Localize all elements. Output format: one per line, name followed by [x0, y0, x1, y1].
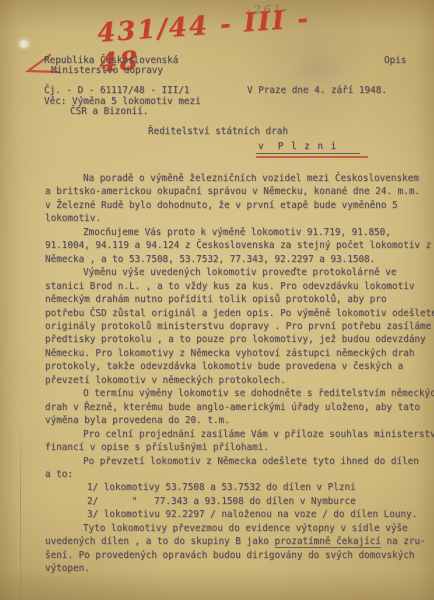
body-line: 1/ lokomotivy 53.7508 a 53.7532 do dílen…	[45, 481, 433, 494]
document-page: -261- 431/44 - III - 48 Republika Českos…	[0, 0, 434, 600]
body-line: lokomotiv.	[45, 212, 433, 225]
body-line: Německa , a to 53.7508, 53.7532, 77.343,…	[45, 253, 433, 266]
place-date: V Praze dne 4. září 1948.	[247, 85, 387, 96]
body-line: stanici Brod n.L. , a to vždy kus za kus…	[45, 280, 433, 293]
body-line: protokoly, takže odevzdávka lokomotiv bu…	[45, 360, 433, 373]
letter-body: Na poradě o výměně železničních vozidel …	[45, 172, 433, 576]
body-line: v Železné Rudě bylo dohodnuto, že v prvn…	[45, 199, 433, 212]
body-line: financí v opise s příslušnými přílohami.	[45, 441, 433, 454]
body-line: výtopen.	[45, 562, 433, 575]
recipient-underline-red	[256, 156, 368, 158]
body-line: 91.1004, 94.119 a 94.124 z Československ…	[45, 239, 433, 252]
subject-line-2: ČSR a Bizonií.	[70, 106, 148, 117]
body-line: O termínu výměny lokomotiv se dohodněte …	[45, 387, 433, 400]
paper-fold-line	[20, 420, 21, 600]
body-line: potřebu ČSD zůstal originál a jeden opis…	[45, 307, 433, 320]
body-line: výměna byla provedena do 20. t.m.	[45, 414, 433, 427]
recipient-underline-dark	[256, 153, 360, 154]
text-segment: uvedených dílen , a to do skupiny B jako	[45, 536, 275, 547]
copy-label: Opis	[384, 55, 406, 66]
body-line: 2/ " 77.343 a 93.1508 do dílen v Nymburc…	[45, 495, 433, 508]
body-line: Na poradě o výměně železničních vozidel …	[45, 172, 433, 185]
body-line: Výměnu výše uvedených lokomotiv proveďte…	[45, 266, 433, 279]
body-line: Zmocňujeme Vás proto k výměně lokomotiv …	[45, 226, 433, 239]
body-line: převzetí lokomotiv v německých protokole…	[45, 374, 433, 387]
underlined-text: prozatímně čekající	[275, 536, 381, 548]
recipient-title: Ředitelství státních drah	[148, 126, 288, 137]
body-line: Německu. Pro lokomotivy z Německa vyhoto…	[45, 347, 433, 360]
body-line: uvedených dílen , a to do skupiny B jako…	[45, 535, 433, 548]
body-line: šení. Po provedených opravách budou diri…	[45, 549, 433, 562]
reference-number: Čj. - D - 61117/48 - III/1	[44, 85, 190, 96]
body-line: originály protokolů ministerstvu dopravy…	[45, 320, 433, 333]
body-line: a to:	[45, 468, 433, 481]
body-line: drah v Řezně, kterému bude anglo-americk…	[45, 401, 433, 414]
body-line: 3/ lokomotivu 92.2297 / naloženou na voz…	[45, 508, 433, 521]
body-line: předtisky protokolu , a to pouze pro lok…	[45, 333, 433, 346]
letterhead-org-line2: Ministerstvo dopravy	[51, 65, 163, 76]
body-line: Tyto lokomotivy převezmou do evidence vý…	[45, 522, 433, 535]
body-line: a britsko-americkou okupační správou v N…	[45, 185, 433, 198]
recipient-city: v P l z n i	[258, 141, 337, 152]
body-line: německým drahám nutno poříditi tolik opi…	[45, 293, 433, 306]
hole-punch	[19, 38, 29, 48]
text-segment: na zru-	[381, 536, 426, 547]
body-line: Pro celní projednání zasíláme Vám v příl…	[45, 428, 433, 441]
body-line: Po převzetí lokomotiv z Německa odešlete…	[45, 455, 433, 468]
